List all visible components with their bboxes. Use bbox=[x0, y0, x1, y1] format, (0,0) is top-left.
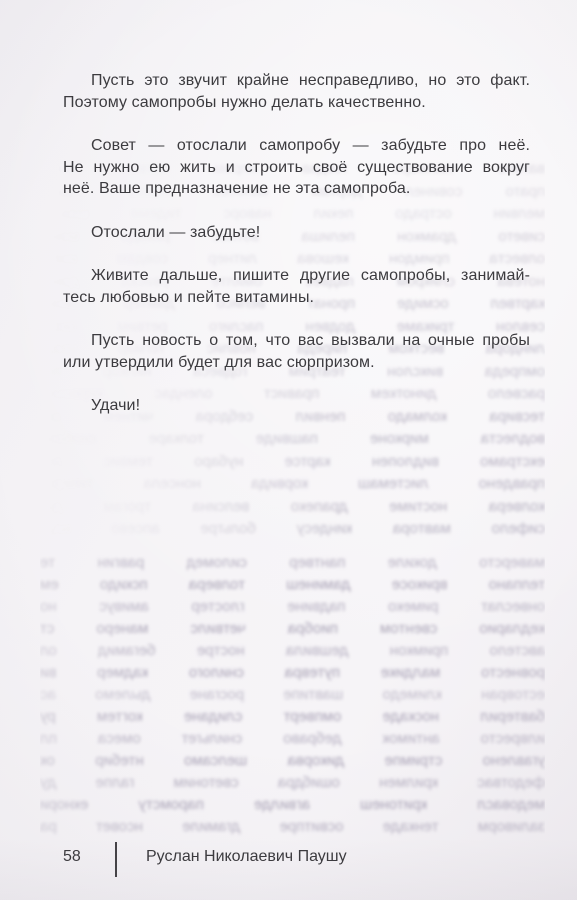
bleed-line: бавтерил носкаде омпверт слидане когтем … bbox=[40, 706, 545, 728]
book-page: ватоне пилмеро тседав ипром летвин оседп… bbox=[0, 0, 577, 900]
running-footer-author: Руслан Николаевич Паушу bbox=[146, 848, 347, 866]
bleed-line: онвеслат римеко падвине глостер амивус н… bbox=[40, 596, 545, 618]
bleed-line: правдено листемаш корвида нонсела типеро bbox=[45, 473, 545, 496]
bleed-line: колвера ностиме драпеко велсина трогам д… bbox=[45, 496, 545, 519]
bleed-line: сифело мавтора киндесу больтре апсево на… bbox=[45, 518, 545, 541]
bleed-line: екстрамо видлопен картсе нубаро темвис л… bbox=[45, 451, 545, 474]
bleed-line: заливорм тенкаде освитпре дгамиле нсовет… bbox=[40, 816, 545, 838]
bleed-line: маверсто докиле пантвер силомед равгин т… bbox=[40, 552, 545, 574]
page-footer: 58 Руслан Николаевич Паушу bbox=[0, 840, 577, 885]
text-line: Поэтому самопробы нужно делать качествен… bbox=[63, 92, 530, 114]
text-line: Не нужно ею жить и строить своё существо… bbox=[63, 157, 530, 179]
bleed-line: австело примкон дешвила ностре бегамид о… bbox=[40, 640, 545, 662]
text-line: неё. Ваше предназначение не эта самопроб… bbox=[63, 178, 530, 200]
bleed-line: кедларио свентом пиобра четвилс манеро с… bbox=[40, 618, 545, 640]
paragraph: Пусть новость о том, что вас вызвали на … bbox=[63, 330, 530, 373]
paragraph: Отослали — забудьте! bbox=[63, 222, 530, 244]
page-number: 58 bbox=[63, 848, 81, 866]
paragraph: Пусть это звучит крайне несправедливо, н… bbox=[63, 70, 530, 113]
bleed-line: естовран климедо шавтипе росгане дылемо … bbox=[40, 684, 545, 706]
bleed-through-lower: маверсто докиле пантвер силомед равгин т… bbox=[40, 552, 545, 838]
text-line: Пусть это звучит крайне несправедливо, н… bbox=[63, 70, 530, 92]
text-line: Отослали — забудьте! bbox=[63, 222, 530, 244]
bleed-line: федотвас крилмен ошибдра светоним галпе … bbox=[40, 772, 545, 794]
paragraph: Совет — отослали самопробу — забудьте пр… bbox=[63, 135, 530, 200]
bleed-line: медовасл критонеш агвилде паромсту екнор… bbox=[40, 794, 545, 816]
bleed-line: угавлено стримпе дикорва шелсамо нтебир … bbox=[40, 750, 545, 772]
text-line: тесь любовью и пейте витамины. bbox=[63, 287, 530, 309]
bleed-line: ровнесто малдике путевра снилого кадмер … bbox=[40, 662, 545, 684]
text-line: или утвердили будет для вас сюрпризом. bbox=[63, 352, 530, 374]
text-line: Пусть новость о том, что вас вызвали на … bbox=[63, 330, 530, 352]
text-line: Удачи! bbox=[63, 395, 530, 417]
text-line: Совет — отослали самопробу — забудьте пр… bbox=[63, 135, 530, 157]
bleed-line: телпано врикосе даминеш толвера пскидо е… bbox=[40, 574, 545, 596]
footer-divider bbox=[115, 842, 117, 877]
text-line: Живите дальше, пишите другие самопробы, … bbox=[63, 265, 530, 287]
paragraph: Удачи! bbox=[63, 395, 530, 417]
page-text: Пусть это звучит крайне несправедливо, н… bbox=[63, 70, 530, 439]
paragraph: Живите дальше, пишите другие самопробы, … bbox=[63, 265, 530, 308]
bleed-line: илвресто антимок дебраво снильгет омеса … bbox=[40, 728, 545, 750]
